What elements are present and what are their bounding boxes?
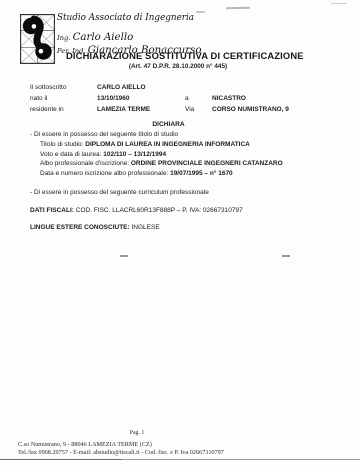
field-value: LAMEZIA TERME xyxy=(97,107,150,114)
declaration-heading: DICHIARA xyxy=(25,122,312,129)
declarant-row-residence: residente in LAMEZIA TERME Via CORSO NUM… xyxy=(30,107,340,117)
field-value-2: NICASTRO xyxy=(212,96,246,103)
scan-artifact xyxy=(120,255,128,257)
document-title: DICHIARAZIONE SOSTITUTIVA DI CERTIFICAZI… xyxy=(66,51,342,60)
footer-contacts: Tel./fax 0968.29757 - E-mail: abstudio@t… xyxy=(18,450,224,456)
scan-artifact xyxy=(196,11,205,13)
detail-label: Data e numero iscrizione albo profession… xyxy=(40,170,168,177)
detail-label: Albo professionale d'iscrizione: xyxy=(40,160,129,167)
scan-artifact xyxy=(282,255,290,257)
declarant-row-name: Il sottoscritto CARLO AIELLO xyxy=(30,85,340,95)
declaration-item-1: - Di essere in possesso del seguente tit… xyxy=(30,132,178,139)
field-label: nato il xyxy=(30,96,47,103)
field-label: Il sottoscritto xyxy=(30,85,66,92)
field-value-2: CORSO NUMISTRANO, 9 xyxy=(212,107,289,114)
detail-value: DIPLOMA DI LAUREA IN INGEGNERIA INFORMAT… xyxy=(85,141,250,148)
studio-logo-icon xyxy=(20,14,55,64)
field-label: residente in xyxy=(30,107,64,114)
field-value: 13/10/1960 xyxy=(97,96,130,103)
fiscal-label: DATI FISCALI: xyxy=(30,207,74,214)
footer-address: C.so Numistrano, 9 - 88046 LAMEZIA TERME… xyxy=(18,442,152,448)
document-page: Studio Associato di Ingegneria Ing.Carlo… xyxy=(0,0,360,466)
languages-line: LINGUE ESTERE CONOSCIUTE: INGLESE xyxy=(30,225,160,232)
detail-grade-date: Voto e data di laurea: 102/110 – 13/12/1… xyxy=(40,152,166,159)
fiscal-data-line: DATI FISCALI: COD. FISC. LLACRL60R13F888… xyxy=(30,208,243,215)
detail-degree: Titolo di studio: DIPLOMA DI LAUREA IN I… xyxy=(40,142,250,149)
field-value: CARLO AIELLO xyxy=(97,85,146,92)
detail-label: Voto e data di laurea: xyxy=(40,151,101,158)
detail-value: ORDINE PROVINCIALE INGEGNERI CATANZARO xyxy=(131,160,283,167)
scan-artifact xyxy=(331,3,347,4)
field-label-2: a xyxy=(185,96,189,103)
languages-label: LINGUE ESTERE CONOSCIUTE: xyxy=(30,224,130,231)
fiscal-value: COD. FISC. LLACRL60R13F888P – P. IVA: 02… xyxy=(76,207,243,214)
page-number: Pag. 1 xyxy=(0,431,274,437)
field-label-2: Via xyxy=(185,107,194,114)
detail-label: Titolo di studio: xyxy=(40,141,83,148)
detail-professional-register: Albo professionale d'iscrizione: ORDINE … xyxy=(40,161,283,168)
declarant-row-birth: nato il 13/10/1960 a NICASTRO xyxy=(30,96,340,106)
footer-rule-dark-segment xyxy=(0,459,122,460)
document-subtitle: (Art. 47 D.P.R. 28.10.2000 n° 445) xyxy=(0,64,356,70)
detail-value: 102/110 – 13/12/1994 xyxy=(103,151,166,158)
detail-register-date-number: Data e numero iscrizione albo profession… xyxy=(40,171,233,178)
letterhead-studio-name: Studio Associato di Ingegneria xyxy=(57,14,194,23)
languages-value: INGLESE xyxy=(132,224,160,231)
detail-value: 19/07/1995 – n° 1670 xyxy=(170,170,233,177)
declaration-item-2: - Di essere in possesso del seguente cur… xyxy=(30,190,209,197)
scan-artifact xyxy=(226,7,250,9)
